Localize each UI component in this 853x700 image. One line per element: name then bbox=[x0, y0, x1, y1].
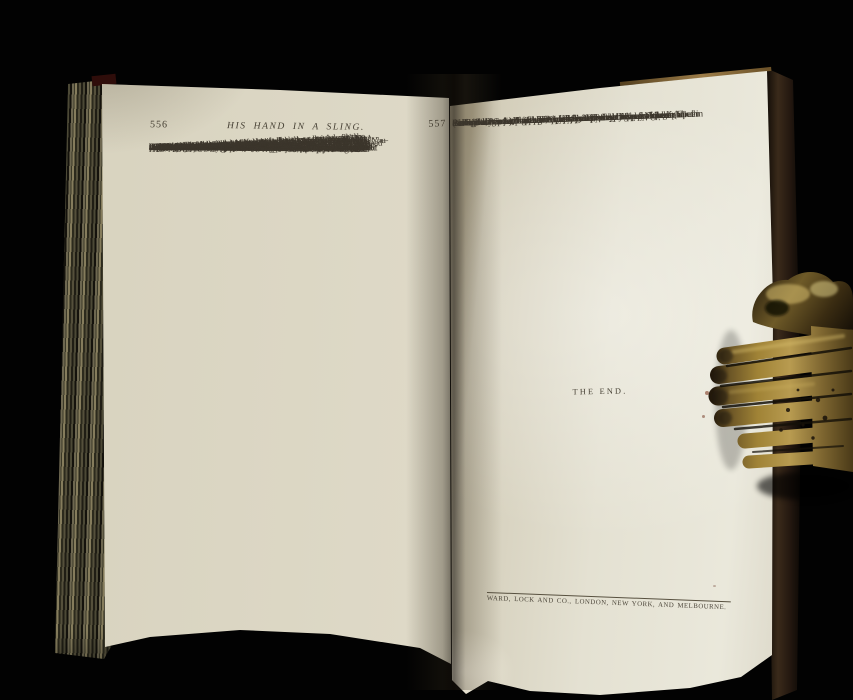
text-line: a sling. bbox=[452, 118, 478, 129]
brass-hand-sculpture bbox=[693, 260, 853, 510]
foxing-spot bbox=[713, 585, 716, 587]
photo-scene: 556 HIS HAND IN A SLING. split the seven… bbox=[0, 0, 853, 700]
running-title-left: HIS HAND IN A SLING. bbox=[150, 120, 442, 134]
page-number-right: 557 bbox=[428, 118, 446, 130]
